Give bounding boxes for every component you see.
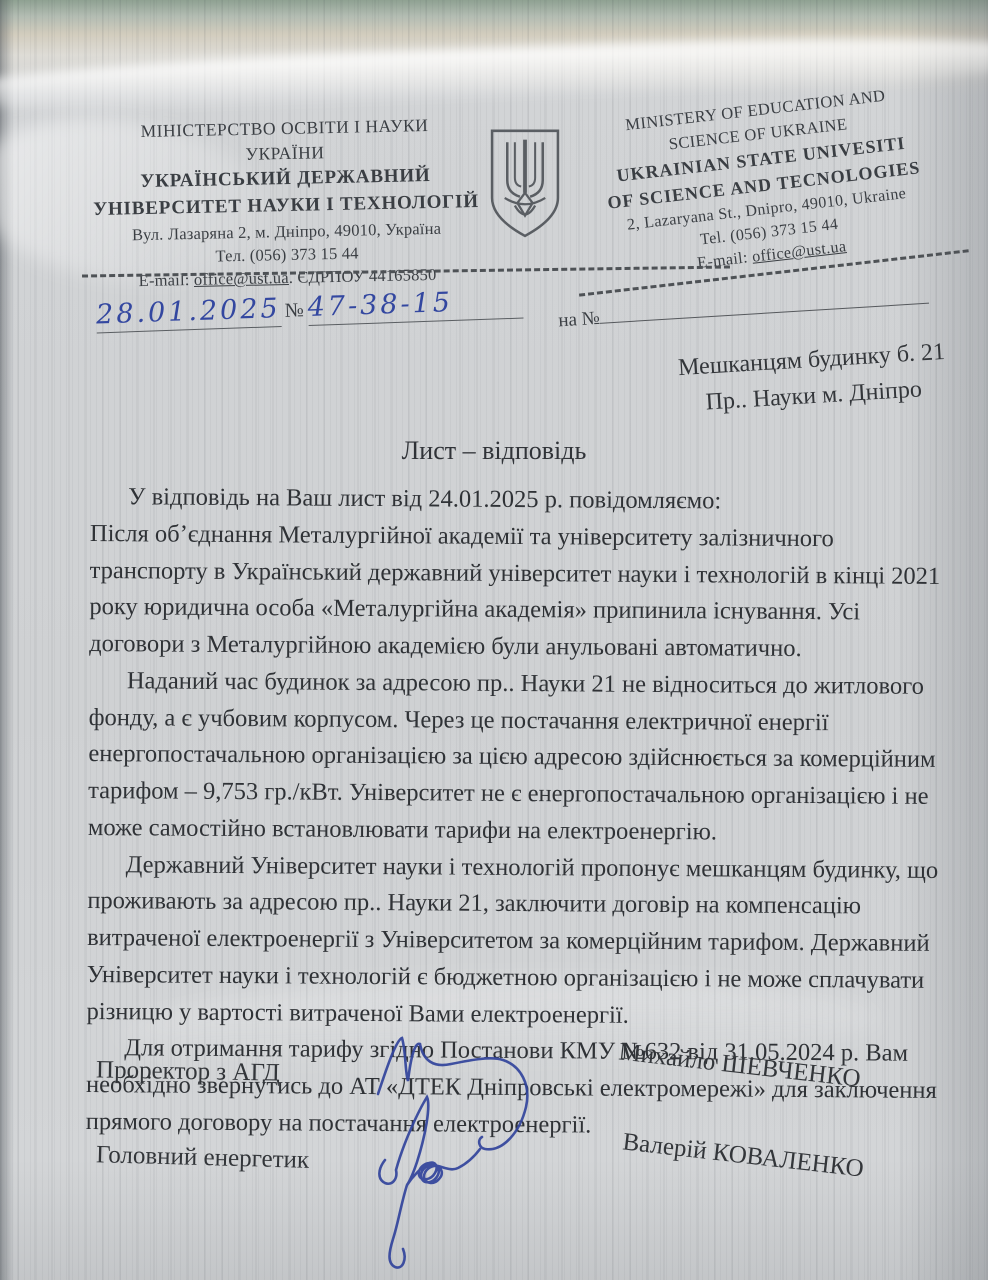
paragraph: У відповідь на Ваш лист від 24.01.2025 р… <box>90 479 948 522</box>
signer-position: Головний енергетик <box>96 1141 310 1175</box>
ukraine-trident-icon <box>487 127 563 241</box>
reply-to-label: на № <box>558 308 601 331</box>
paragraph: Наданий час будинок за адресою пр.. Наук… <box>88 663 947 853</box>
paragraph: Після об’єднання Металургійної академії … <box>89 516 948 669</box>
letter-title: Лист – відповідь <box>0 436 988 466</box>
handwritten-signature <box>350 1018 570 1273</box>
letterhead-ukrainian: МІНІСТЕРСТВО ОСВІТИ І НАУКИ УКРАЇНИ УКРА… <box>86 112 486 294</box>
paragraph: Державний Університет науки і технологій… <box>86 847 945 1037</box>
scanned-letter-photo: МІНІСТЕРСТВО ОСВІТИ І НАУКИ УКРАЇНИ УКРА… <box>0 0 988 1280</box>
number-sign: № <box>284 299 304 322</box>
handwritten-outgoing-number: 47-38-15 <box>307 285 523 326</box>
signer-position: Проректор з АГД <box>96 1056 280 1087</box>
addressee-block: Мешканцям будинку б. 21 Пр.. Науки м. Дн… <box>677 334 948 422</box>
handwritten-date: 28.01.2025 <box>96 293 282 333</box>
blank-line <box>599 285 930 324</box>
letterhead-english: MINISTERY OF EDUCATION AND SCIENCE OF UK… <box>559 76 968 296</box>
